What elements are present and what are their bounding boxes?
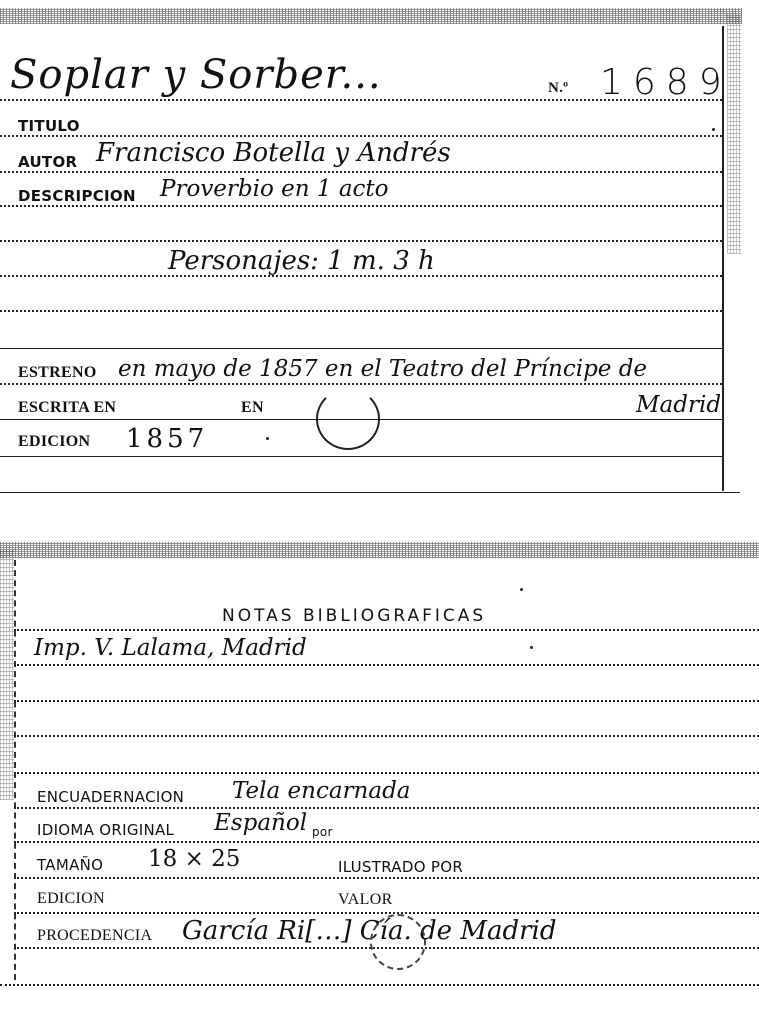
catalog-card-back: NOTAS BIBLIOGRAFICAS Imp. V. Lalama, Mad… xyxy=(0,530,759,1028)
ruled-line xyxy=(14,700,759,702)
personajes-value: Personajes: 1 m. 3 h xyxy=(168,246,435,276)
notes-value: Imp. V. Lalama, Madrid xyxy=(34,635,307,661)
title-handwritten: Soplar y Sorber... xyxy=(10,52,382,98)
procedencia-label: PROCEDENCIA xyxy=(37,927,152,945)
ruled-line xyxy=(14,772,759,774)
punch-hole xyxy=(316,388,380,450)
scan-edge-noise xyxy=(0,8,742,24)
tamano-value: 18 × 25 xyxy=(148,846,240,872)
idioma-value: Español xyxy=(214,810,307,836)
ruled-line xyxy=(0,171,722,173)
catalog-number: 1689 xyxy=(600,62,732,103)
ruled-line xyxy=(0,275,722,277)
ruled-line xyxy=(14,735,759,737)
ruled-line xyxy=(0,205,722,207)
ruled-line xyxy=(0,310,722,312)
scan-edge-noise xyxy=(0,550,14,800)
scan-edge-noise xyxy=(727,14,741,254)
encuadernacion-value: Tela encarnada xyxy=(232,778,411,804)
ruled-line xyxy=(14,877,759,879)
valor-label: VALOR xyxy=(338,891,393,909)
edicion-label: EDICION xyxy=(18,433,90,451)
descripcion-label: DESCRIPCION xyxy=(18,187,136,205)
edicion-value: 1857 xyxy=(126,424,208,454)
punch-hole xyxy=(370,914,426,970)
ruled-line xyxy=(0,99,722,101)
ruled-line xyxy=(0,348,722,349)
ruled-line xyxy=(0,984,759,986)
ink-speck xyxy=(266,437,269,440)
autor-value: Francisco Botella y Andrés xyxy=(96,138,451,168)
titulo-label: TITULO xyxy=(18,117,80,135)
idioma-label: IDIOMA ORIGINAL xyxy=(37,821,174,839)
ruled-line xyxy=(0,240,722,242)
autor-label: AUTOR xyxy=(18,153,77,171)
tamano-label: TAMAÑO xyxy=(37,856,103,874)
ink-speck xyxy=(530,646,533,649)
ink-speck xyxy=(712,128,715,131)
descripcion-value: Proverbio en 1 acto xyxy=(160,176,389,202)
estreno-value: en mayo de 1857 en el Teatro del Príncip… xyxy=(118,356,647,382)
ruled-line xyxy=(0,135,722,137)
estreno-continuation: Madrid xyxy=(636,392,721,418)
ruled-line xyxy=(14,664,759,666)
edicion-label-back: EDICION xyxy=(37,890,105,908)
ilustrado-label: ILUSTRADO POR xyxy=(338,858,463,876)
ruled-line xyxy=(14,912,759,914)
ruled-line xyxy=(0,456,722,457)
ruled-line xyxy=(14,841,759,843)
card-border-left xyxy=(14,560,16,980)
idioma-suffix: por xyxy=(312,825,333,839)
encuadernacion-label: ENCUADERNACION xyxy=(37,788,184,806)
notas-heading: NOTAS BIBLIOGRAFICAS xyxy=(222,606,486,626)
escrita-en-label: ESCRITA EN xyxy=(18,399,116,417)
ink-speck xyxy=(520,588,523,591)
ruled-line xyxy=(0,383,722,385)
ruled-line xyxy=(14,629,759,631)
card-border-bottom xyxy=(0,492,740,493)
catalog-card-front: Soplar y Sorber... N.º 1689 TITULO AUTOR… xyxy=(0,0,759,500)
scan-edge-noise xyxy=(0,542,759,558)
en-label: EN xyxy=(241,399,264,417)
number-label: N.º xyxy=(548,80,568,97)
estreno-label: ESTRENO xyxy=(18,364,97,382)
ruled-line xyxy=(14,807,759,809)
